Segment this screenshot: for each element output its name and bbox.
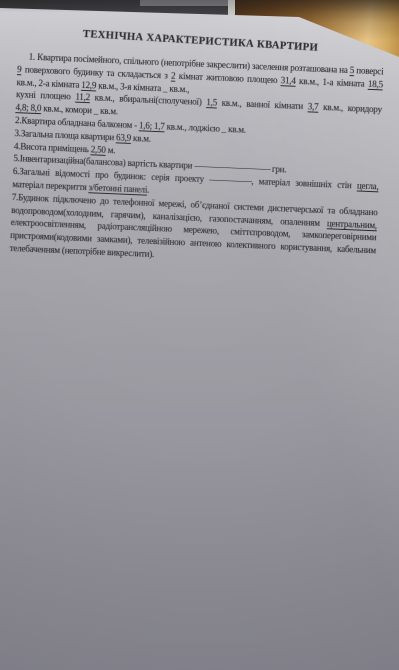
filled-in-value: 12,9 <box>81 79 96 90</box>
text-segment: матеріал перекриття <box>12 179 89 192</box>
text-segment: 4.Висота приміщень <box>14 141 91 154</box>
text-segment: грн. <box>270 164 287 175</box>
text-segment: кв.м., коридору <box>318 102 382 115</box>
text-segment: м. <box>106 144 116 154</box>
text-segment: , матеріал зовнішніх стін <box>251 176 357 190</box>
document-content: ТЕХНІЧНА ХАРАКТЕРИСТИКА КВАРТИРИ 1. Квар… <box>5 26 386 270</box>
text-segment: кв.м., комори _ кв.м. <box>41 103 118 116</box>
handwritten-dash: ————— <box>209 174 251 186</box>
document-page: ТЕХНІЧНА ХАРАКТЕРИСТИКА КВАРТИРИ 1. Квар… <box>0 0 399 670</box>
text-segment: поверсі <box>354 65 384 76</box>
text-segment: . <box>147 185 149 195</box>
filled-in-value: цегла, <box>357 181 379 192</box>
text-segment: кв.м., 1-а кімната <box>296 76 369 89</box>
photo-of-document: ТЕХНІЧНА ХАРАКТЕРИСТИКА КВАРТИРИ 1. Квар… <box>0 0 399 670</box>
handwritten-dash: ————————— <box>194 161 270 174</box>
document-body: 1. Квартира посімейного, спільного (непо… <box>5 50 385 270</box>
dark-object-highlight <box>140 0 234 6</box>
filled-in-value: 1,6; 1,7 <box>139 120 165 131</box>
filled-in-value: 3,7 <box>308 102 319 112</box>
text-segment: кв.м., 2-а кімната <box>16 77 81 90</box>
text-segment: кв.м. <box>131 133 151 144</box>
filled-in-value: 11,2 <box>75 92 90 103</box>
filled-in-value: 31,4 <box>281 75 296 86</box>
filled-in-value: 63,9 <box>116 132 131 143</box>
filled-in-value: 18,5 <box>368 79 383 90</box>
filled-in-value: центральним, <box>327 218 377 230</box>
filled-in-value: з/бетонні панелі <box>88 182 147 194</box>
filled-in-value: 2,50 <box>91 144 106 155</box>
filled-in-value: 1,5 <box>206 97 217 107</box>
text-segment: кухні площею <box>16 90 76 102</box>
text-segment: кімнат житловою площею <box>175 71 281 85</box>
filled-in-value: 4,8; 8,0 <box>15 102 41 113</box>
text-segment: кв.м., ванної кімнати <box>217 98 308 112</box>
text-segment: кв.м., лоджією _ кв.м. <box>164 121 246 134</box>
